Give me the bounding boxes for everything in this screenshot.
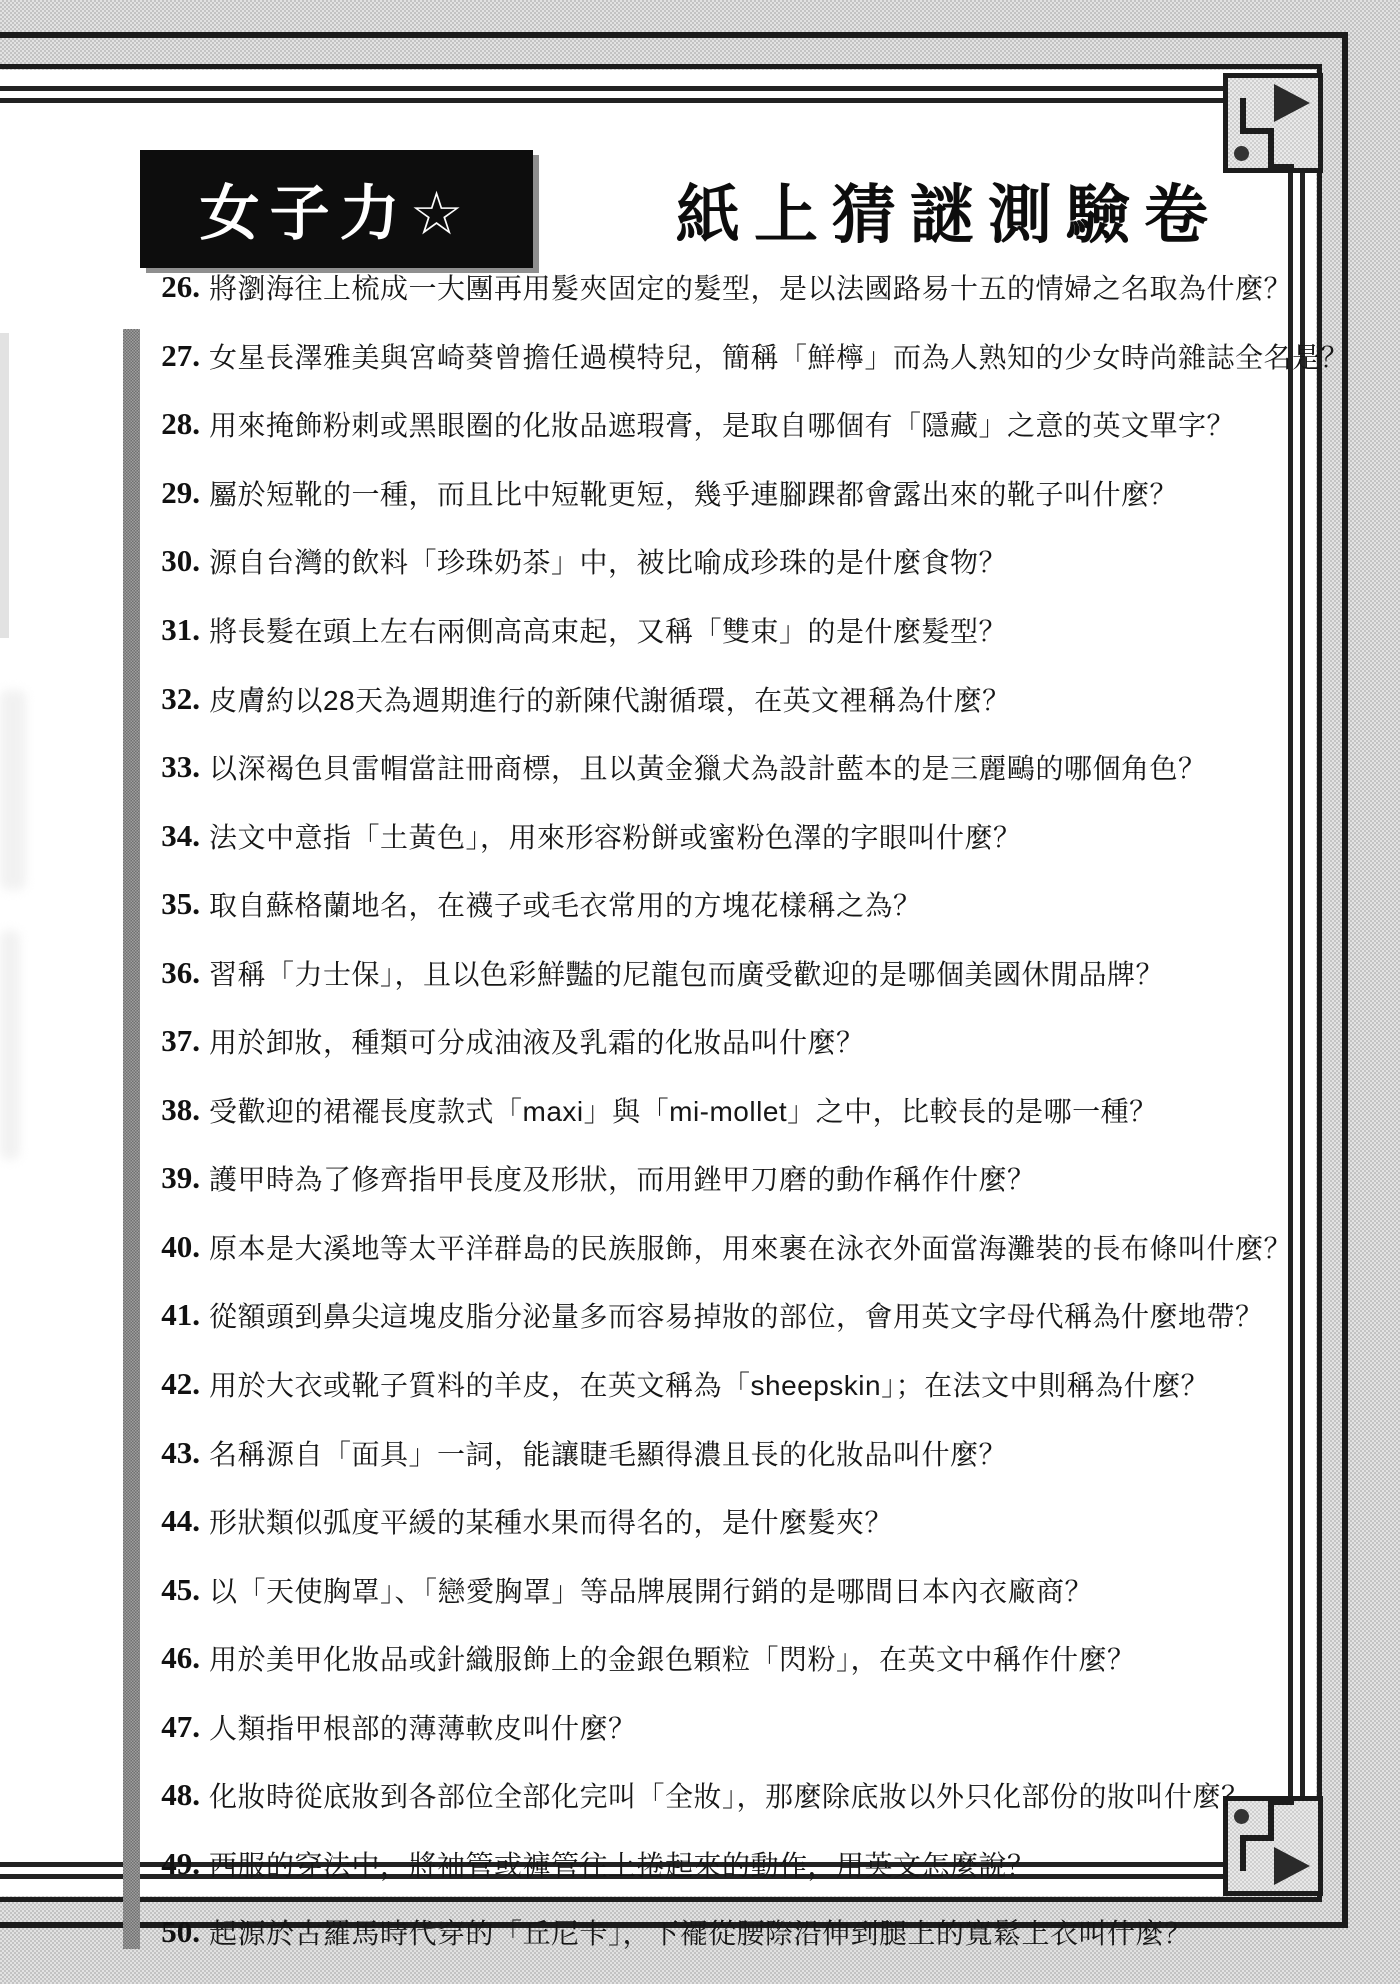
- question-row: 36.習稱「力士保」，且以色彩鮮豔的尼龍包而廣受歡迎的是哪個美國休閒品牌？: [150, 938, 1330, 1007]
- question-row: 26.將瀏海往上梳成一大團再用髮夾固定的髮型，是以法國路易十五的情婦之名取為什麼…: [150, 253, 1330, 322]
- question-text: 化妝時從底妝到各部位全部化完叫「全妝」，那麼除底妝以外只化部份的妝叫什麼？: [209, 1775, 1250, 1815]
- question-text: 將瀏海往上梳成一大團再用髮夾固定的髮型，是以法國路易十五的情婦之名取為什麼？: [209, 267, 1292, 307]
- question-text: 屬於短靴的一種，而且比中短靴更短，幾乎連腳踝都會露出來的靴子叫什麼？: [209, 473, 1178, 513]
- question-number: 40.: [150, 1229, 200, 1265]
- question-text: 形狀類似弧度平緩的某種水果而得名的，是什麼髮夾？: [209, 1501, 893, 1541]
- question-number: 33.: [150, 749, 200, 785]
- question-text: 原本是大溪地等太平洋群島的民族服飾，用來裹在泳衣外面當海灘裝的長布條叫什麼？: [209, 1227, 1292, 1267]
- question-text: 護甲時為了修齊指甲長度及形狀，而用銼甲刀磨的動作稱作什麼？: [209, 1158, 1036, 1198]
- question-row: 49.西服的穿法中，將袖管或褲管往上捲起來的動作，用英文怎麼說？: [150, 1830, 1330, 1899]
- question-text: 以「天使胸罩」、「戀愛胸罩」等品牌展開行銷的是哪間日本內衣廠商？: [209, 1570, 1093, 1610]
- frame-rule-top: [0, 86, 1223, 91]
- question-row: 30.源自台灣的飲料「珍珠奶茶」中，被比喻成珍珠的是什麼食物？: [150, 527, 1330, 596]
- question-row: 45.以「天使胸罩」、「戀愛胸罩」等品牌展開行銷的是哪間日本內衣廠商？: [150, 1555, 1330, 1624]
- question-text: 人類指甲根部的薄薄軟皮叫什麼？: [209, 1707, 637, 1747]
- scanned-page: { "page": { "category_label": "女子力☆", "s…: [0, 0, 1400, 1984]
- question-row: 33.以深褐色貝雷帽當註冊商標，且以黃金獵犬為設計藍本的是三麗鷗的哪個角色？: [150, 733, 1330, 802]
- question-row: 38.受歡迎的裙襬長度款式「maxi」與「mi-mollet」之中，比較長的是哪…: [150, 1076, 1330, 1145]
- question-row: 43.名稱源自「面具」一詞，能讓睫毛顯得濃且長的化妝品叫什麼？: [150, 1418, 1330, 1487]
- corner-step: [1268, 164, 1294, 170]
- question-row: 32.皮膚約以28天為週期進行的新陳代謝循環，在英文裡稱為什麼？: [150, 664, 1330, 733]
- question-number: 44.: [150, 1503, 200, 1539]
- question-row: 31.將長髮在頭上左右兩側高高束起，又稱「雙束」的是什麼髮型？: [150, 596, 1330, 665]
- question-text: 以深褐色貝雷帽當註冊商標，且以黃金獵犬為設計藍本的是三麗鷗的哪個角色？: [209, 747, 1207, 787]
- question-text: 用於卸妝，種類可分成油液及乳霜的化妝品叫什麼？: [209, 1021, 865, 1061]
- question-row: 48.化妝時從底妝到各部位全部化完叫「全妝」，那麼除底妝以外只化部份的妝叫什麼？: [150, 1761, 1330, 1830]
- question-text: 起源於古羅馬時代穿的「丘尼卡」，下襬從腰際沿伸到腿上的寬鬆上衣叫什麼？: [209, 1912, 1193, 1952]
- question-number: 32.: [150, 681, 200, 717]
- question-text: 用於大衣或靴子質料的羊皮，在英文稱為「sheepskin」；在法文中則稱為什麼？: [209, 1364, 1209, 1404]
- category-box: 女子力☆: [140, 150, 533, 268]
- question-number: 45.: [150, 1572, 200, 1608]
- sheet-title: 紙上猜謎測驗卷: [676, 164, 1246, 256]
- question-row: 40.原本是大溪地等太平洋群島的民族服飾，用來裹在泳衣外面當海灘裝的長布條叫什麼…: [150, 1213, 1330, 1282]
- question-row: 37.用於卸妝，種類可分成油液及乳霜的化妝品叫什麼？: [150, 1007, 1330, 1076]
- question-number: 34.: [150, 818, 200, 854]
- corner-dot-icon: [1234, 146, 1249, 161]
- question-row: 27.女星長澤雅美與宮崎葵曾擔任過模特兒，簡稱「鮮檸」而為人熟知的少女時尚雜誌全…: [150, 322, 1330, 391]
- question-number: 36.: [150, 955, 200, 991]
- question-text: 西服的穿法中，將袖管或褲管往上捲起來的動作，用英文怎麼說？: [209, 1844, 1036, 1884]
- question-text: 從額頭到鼻尖這塊皮脂分泌量多而容易掉妝的部位，會用英文字母代稱為什麼地帶？: [209, 1295, 1264, 1335]
- question-row: 35.取自蘇格蘭地名，在襪子或毛衣常用的方塊花樣稱之為？: [150, 870, 1330, 939]
- question-text: 女星長澤雅美與宮崎葵曾擔任過模特兒，簡稱「鮮檸」而為人熟知的少女時尚雜誌全名是？: [209, 336, 1349, 376]
- question-number: 28.: [150, 406, 200, 442]
- question-number: 42.: [150, 1366, 200, 1402]
- question-number: 31.: [150, 612, 200, 648]
- question-row: 29.屬於短靴的一種，而且比中短靴更短，幾乎連腳踝都會露出來的靴子叫什麼？: [150, 459, 1330, 528]
- question-row: 41.從額頭到鼻尖這塊皮脂分泌量多而容易掉妝的部位，會用英文字母代稱為什麼地帶？: [150, 1281, 1330, 1350]
- question-number: 35.: [150, 886, 200, 922]
- page-edge-strip: [0, 333, 9, 638]
- question-number: 47.: [150, 1709, 200, 1745]
- question-row: 44.形狀類似弧度平緩的某種水果而得名的，是什麼髮夾？: [150, 1487, 1330, 1556]
- question-row: 50.起源於古羅馬時代穿的「丘尼卡」，下襬從腰際沿伸到腿上的寬鬆上衣叫什麼？: [150, 1898, 1330, 1967]
- question-text: 習稱「力士保」，且以色彩鮮豔的尼龍包而廣受歡迎的是哪個美國休閒品牌？: [209, 953, 1164, 993]
- question-number: 43.: [150, 1435, 200, 1471]
- question-row: 42.用於大衣或靴子質料的羊皮，在英文稱為「sheepskin」；在法文中則稱為…: [150, 1350, 1330, 1419]
- question-number: 49.: [150, 1846, 200, 1882]
- question-number: 37.: [150, 1023, 200, 1059]
- bleed-mark: [0, 690, 26, 890]
- question-number: 48.: [150, 1777, 200, 1813]
- question-number: 29.: [150, 475, 200, 511]
- question-text: 用於美甲化妝品或針織服飾上的金銀色顆粒「閃粉」，在英文中稱作什麼？: [209, 1638, 1136, 1678]
- question-text: 皮膚約以28天為週期進行的新陳代謝循環，在英文裡稱為什麼？: [209, 679, 1011, 719]
- question-text: 將長髮在頭上左右兩側高高束起，又稱「雙束」的是什麼髮型？: [209, 610, 1007, 650]
- question-text: 取自蘇格蘭地名，在襪子或毛衣常用的方塊花樣稱之為？: [209, 884, 922, 924]
- question-row: 34.法文中意指「土黃色」，用來形容粉餅或蜜粉色澤的字眼叫什麼？: [150, 801, 1330, 870]
- question-number: 30.: [150, 543, 200, 579]
- question-number: 26.: [150, 269, 200, 305]
- question-number: 46.: [150, 1640, 200, 1676]
- question-number: 39.: [150, 1160, 200, 1196]
- question-row: 39.護甲時為了修齊指甲長度及形狀，而用銼甲刀磨的動作稱作什麼？: [150, 1144, 1330, 1213]
- side-accent-bar: [123, 329, 140, 1949]
- question-row: 28.用來掩飾粉刺或黑眼圈的化妝品遮瑕膏，是取自哪個有「隱藏」之意的英文單字？: [150, 390, 1330, 459]
- question-text: 源自台灣的飲料「珍珠奶茶」中，被比喻成珍珠的是什麼食物？: [209, 541, 1007, 581]
- question-row: 47.人類指甲根部的薄薄軟皮叫什麼？: [150, 1692, 1330, 1761]
- question-number: 41.: [150, 1297, 200, 1333]
- question-number: 38.: [150, 1092, 200, 1128]
- question-text: 法文中意指「土黃色」，用來形容粉餅或蜜粉色澤的字眼叫什麼？: [209, 816, 1022, 856]
- frame-rule-top: [0, 98, 1223, 103]
- question-number: 27.: [150, 338, 200, 374]
- question-text: 名稱源自「面具」一詞，能讓睫毛顯得濃且長的化妝品叫什麼？: [209, 1433, 1007, 1473]
- corner-arrow-icon: [1274, 84, 1310, 122]
- question-text: 受歡迎的裙襬長度款式「maxi」與「mi-mollet」之中，比較長的是哪一種？: [209, 1090, 1158, 1130]
- question-row: 46.用於美甲化妝品或針織服飾上的金銀色顆粒「閃粉」，在英文中稱作什麼？: [150, 1624, 1330, 1693]
- question-text: 用來掩飾粉刺或黑眼圈的化妝品遮瑕膏，是取自哪個有「隱藏」之意的英文單字？: [209, 404, 1235, 444]
- question-number: 50.: [150, 1914, 200, 1950]
- bleed-mark: [0, 930, 20, 1160]
- question-list: 26.將瀏海往上梳成一大團再用髮夾固定的髮型，是以法國路易十五的情婦之名取為什麼…: [150, 253, 1330, 1967]
- category-label: 女子力☆: [200, 166, 474, 252]
